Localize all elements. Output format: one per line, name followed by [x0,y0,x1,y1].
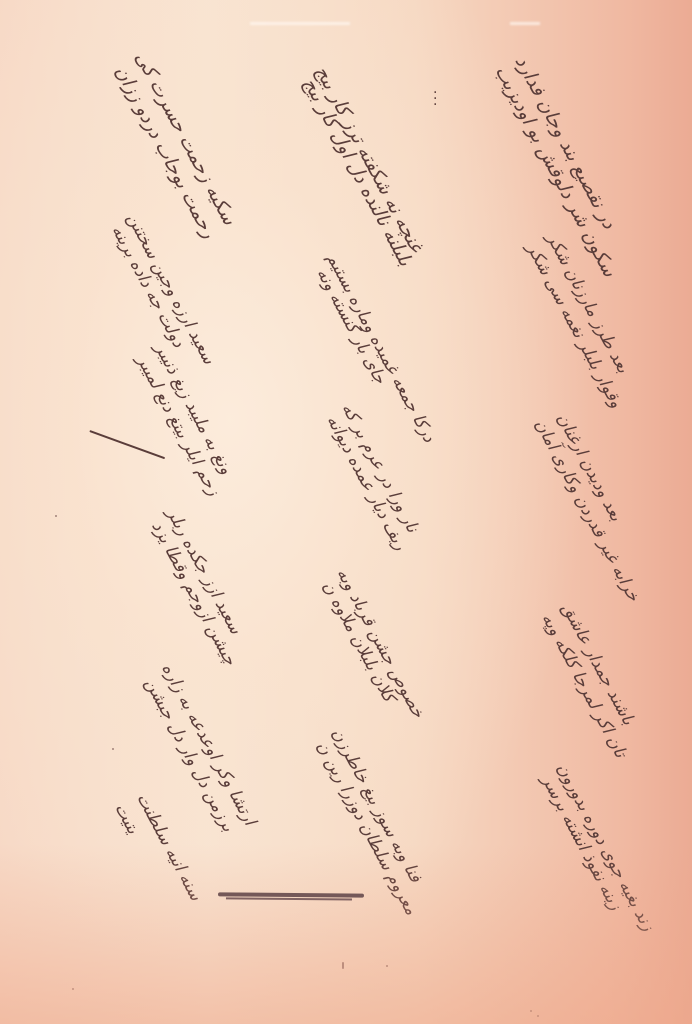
verse-line: سنه انیه سلطنت [132,790,205,904]
verse-separator-dots: ··· [433,90,437,108]
paper-crease [510,22,540,25]
ink-speck [386,965,388,967]
ink-speck [112,748,114,750]
ink-speck [530,1010,532,1012]
verse-line: فنا وبه سوز بیغ خاطرزن [327,725,425,886]
ink-speck [72,988,74,990]
manuscript-page: در نقصیع بند وجان فدارد سکون شر دلوقش بو… [0,0,692,1024]
ink-speck [55,515,57,517]
end-rule [218,892,364,897]
pen-stroke [89,430,165,459]
verse-line: زند بغیه جوی دوره بدورون [552,760,657,934]
verse-line: غنچه نه شکفته ترز کار بیج [311,62,428,256]
verse-line: بلبلنه نالنده دل اول کار بیج [299,74,417,270]
paper-crease [250,22,350,25]
ink-speck [537,1015,539,1017]
ink-speck [342,962,344,969]
